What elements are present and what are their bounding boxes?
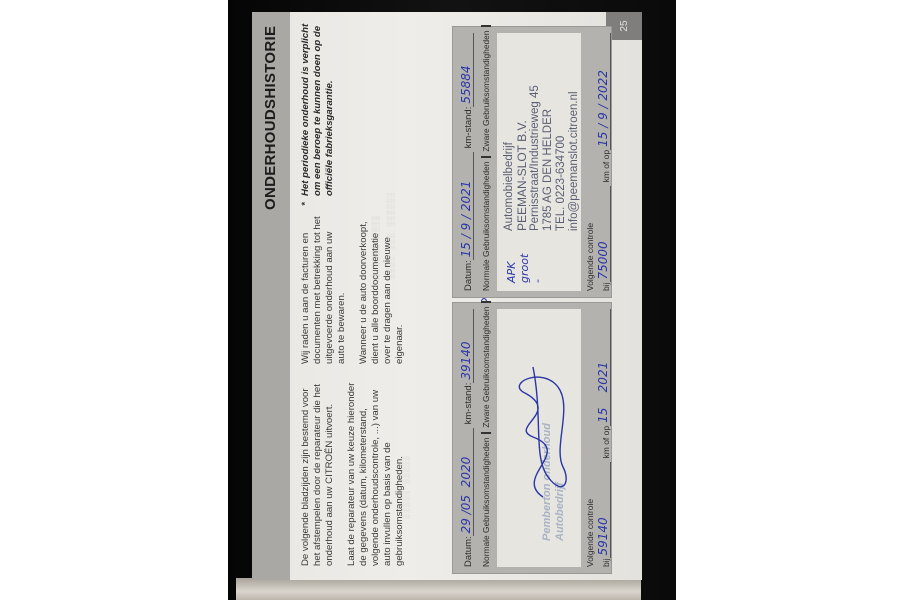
dealer-stamp: Automobielbedrijf PEEMAN-SLOT B.V. Perni… [503, 85, 581, 231]
conditions-row: Normale Gebruiksomstandigheden Zware Geb… [479, 309, 492, 567]
km-or-on-label: km of op [601, 426, 611, 459]
km-label: km-stand: [463, 107, 474, 149]
km-label: km-stand: [463, 383, 474, 425]
next-check-label: Volgende controle [585, 33, 595, 291]
date-label: Datum: [463, 260, 474, 291]
next-check-row: Volgende controle bij 75000 km of op 15 … [585, 33, 611, 291]
note-line: - [531, 254, 544, 283]
date-field[interactable]: 15 / 9 / 2021 [459, 152, 474, 260]
date-field[interactable]: 29 /05 2020 [459, 428, 474, 536]
signature-icon [503, 357, 577, 507]
stamp-line: Pernisstraat/Industrieweg 45 [529, 85, 542, 231]
warranty-note-text: Het periodieke onderhoud is verplicht om… [300, 24, 335, 196]
date-day: 15 [459, 242, 473, 257]
next-date-year: 2021 [596, 362, 610, 393]
next-date-field[interactable]: 15 / 9 / 2022 [596, 33, 611, 150]
next-check-label: Volgende controle [585, 309, 595, 567]
service-entry: Datum: 15 / 9 / 2021 km-stand: 55884 Nor… [452, 26, 612, 298]
ghost-impression: ░░░░░░ ░░░ ░░░░ [387, 193, 396, 280]
next-date-month: 9 [596, 112, 610, 120]
handwritten-note: APK groot - [505, 254, 544, 283]
booklet-page: ONDERHOUDSHISTORIE De volgende bladzijde… [252, 12, 642, 580]
conditions-row: Normale Gebruiksomstandigheden Zware Geb… [479, 33, 492, 291]
date-label: Datum: [463, 536, 474, 567]
next-km-field[interactable]: 75000 [596, 186, 611, 282]
date-km-row: Datum: 15 / 9 / 2021 km-stand: 55884 [458, 33, 474, 291]
next-date-year: 2022 [596, 70, 610, 101]
km-field[interactable]: 39140 [459, 309, 474, 383]
photo-background: ONDERHOUDSHISTORIE De volgende bladzijde… [0, 0, 900, 600]
next-check-row: Volgende controle bij 59140 km of op 15 … [585, 309, 611, 567]
intro-left-paragraph: Laat de reparateur van uw keuze hieronde… [346, 376, 406, 566]
next-km-field[interactable]: 59140 [596, 462, 611, 558]
page-title: ONDERHOUDSHISTORIE [262, 26, 279, 210]
normal-conditions-checkbox[interactable] [481, 432, 491, 434]
severe-conditions-checkbox[interactable] [481, 25, 491, 27]
booklet-page-wrapper: ONDERHOUDSHISTORIE De volgende bladzijde… [252, 12, 642, 580]
intro-mid-paragraph: Wanneer u de auto doorverkoopt, dient u … [358, 214, 406, 364]
date-year: 2020 [459, 457, 473, 488]
warranty-note: * Het periodieke onderhoud is verplicht … [300, 16, 336, 206]
severe-conditions-label: Zware Gebruiksomstandigheden [481, 307, 491, 428]
intro-left: De volgende bladzijden zijn bestemd voor… [300, 376, 416, 566]
date-km-row: Datum: 29 /05 2020 km-stand: 39140 [458, 309, 474, 567]
service-entry: Datum: 29 /05 2020 km-stand: 39140 Norma… [452, 302, 612, 574]
severe-conditions-checkbox[interactable] [481, 301, 491, 303]
km-or-on-label: km of op [601, 150, 611, 183]
date-month: 05 [459, 495, 473, 510]
date-month: 9 [459, 223, 473, 231]
ghost-impression: ░░░░░ ░░░░░ [402, 456, 411, 520]
note-line: groot [518, 254, 531, 283]
date-day: 29 [459, 518, 473, 533]
at-label: bij [601, 558, 611, 567]
at-label: bij [601, 282, 611, 291]
ghost-impression: ░░░░ ░░░░░░ [372, 216, 381, 280]
normal-conditions-label: Normale Gebruiksomstandigheden [481, 162, 491, 291]
severe-conditions-label: Zware Gebruiksomstandigheden [481, 31, 491, 152]
next-date-day: 15 [596, 132, 610, 147]
stamp-line: TEL. 0223-634700 [555, 85, 568, 231]
intro-left-paragraph: De volgende bladzijden zijn bestemd voor… [300, 376, 336, 566]
next-date-field[interactable]: 15 2021 [596, 309, 611, 426]
normal-conditions-checkbox[interactable] [481, 156, 491, 158]
stamp-line: 1785 AG DEN HELDER [542, 85, 555, 231]
stamp-area: APK groot - Automobielbedrijf PEEMAN-SLO… [497, 33, 581, 291]
next-date-day: 15 [596, 408, 610, 423]
booklet-spine [236, 578, 641, 600]
note-line: APK [505, 254, 518, 283]
stamp-area: Pemberton onderhoud Autobedrijf [497, 309, 581, 567]
stamp-line: PEEMAN-SLOT B.V. [516, 85, 529, 231]
intro-mid-paragraph: Wij raden u aan de facturen en documente… [300, 214, 348, 364]
bullet-asterisk: * [300, 202, 312, 206]
date-year: 2021 [459, 181, 473, 212]
normal-conditions-label: Normale Gebruiksomstandigheden [481, 438, 491, 567]
stamp-line: info@peemanslot.citroen.nl [568, 85, 581, 231]
intro-mid: Wij raden u aan de facturen en documente… [300, 214, 416, 364]
km-field[interactable]: 55884 [459, 33, 474, 107]
